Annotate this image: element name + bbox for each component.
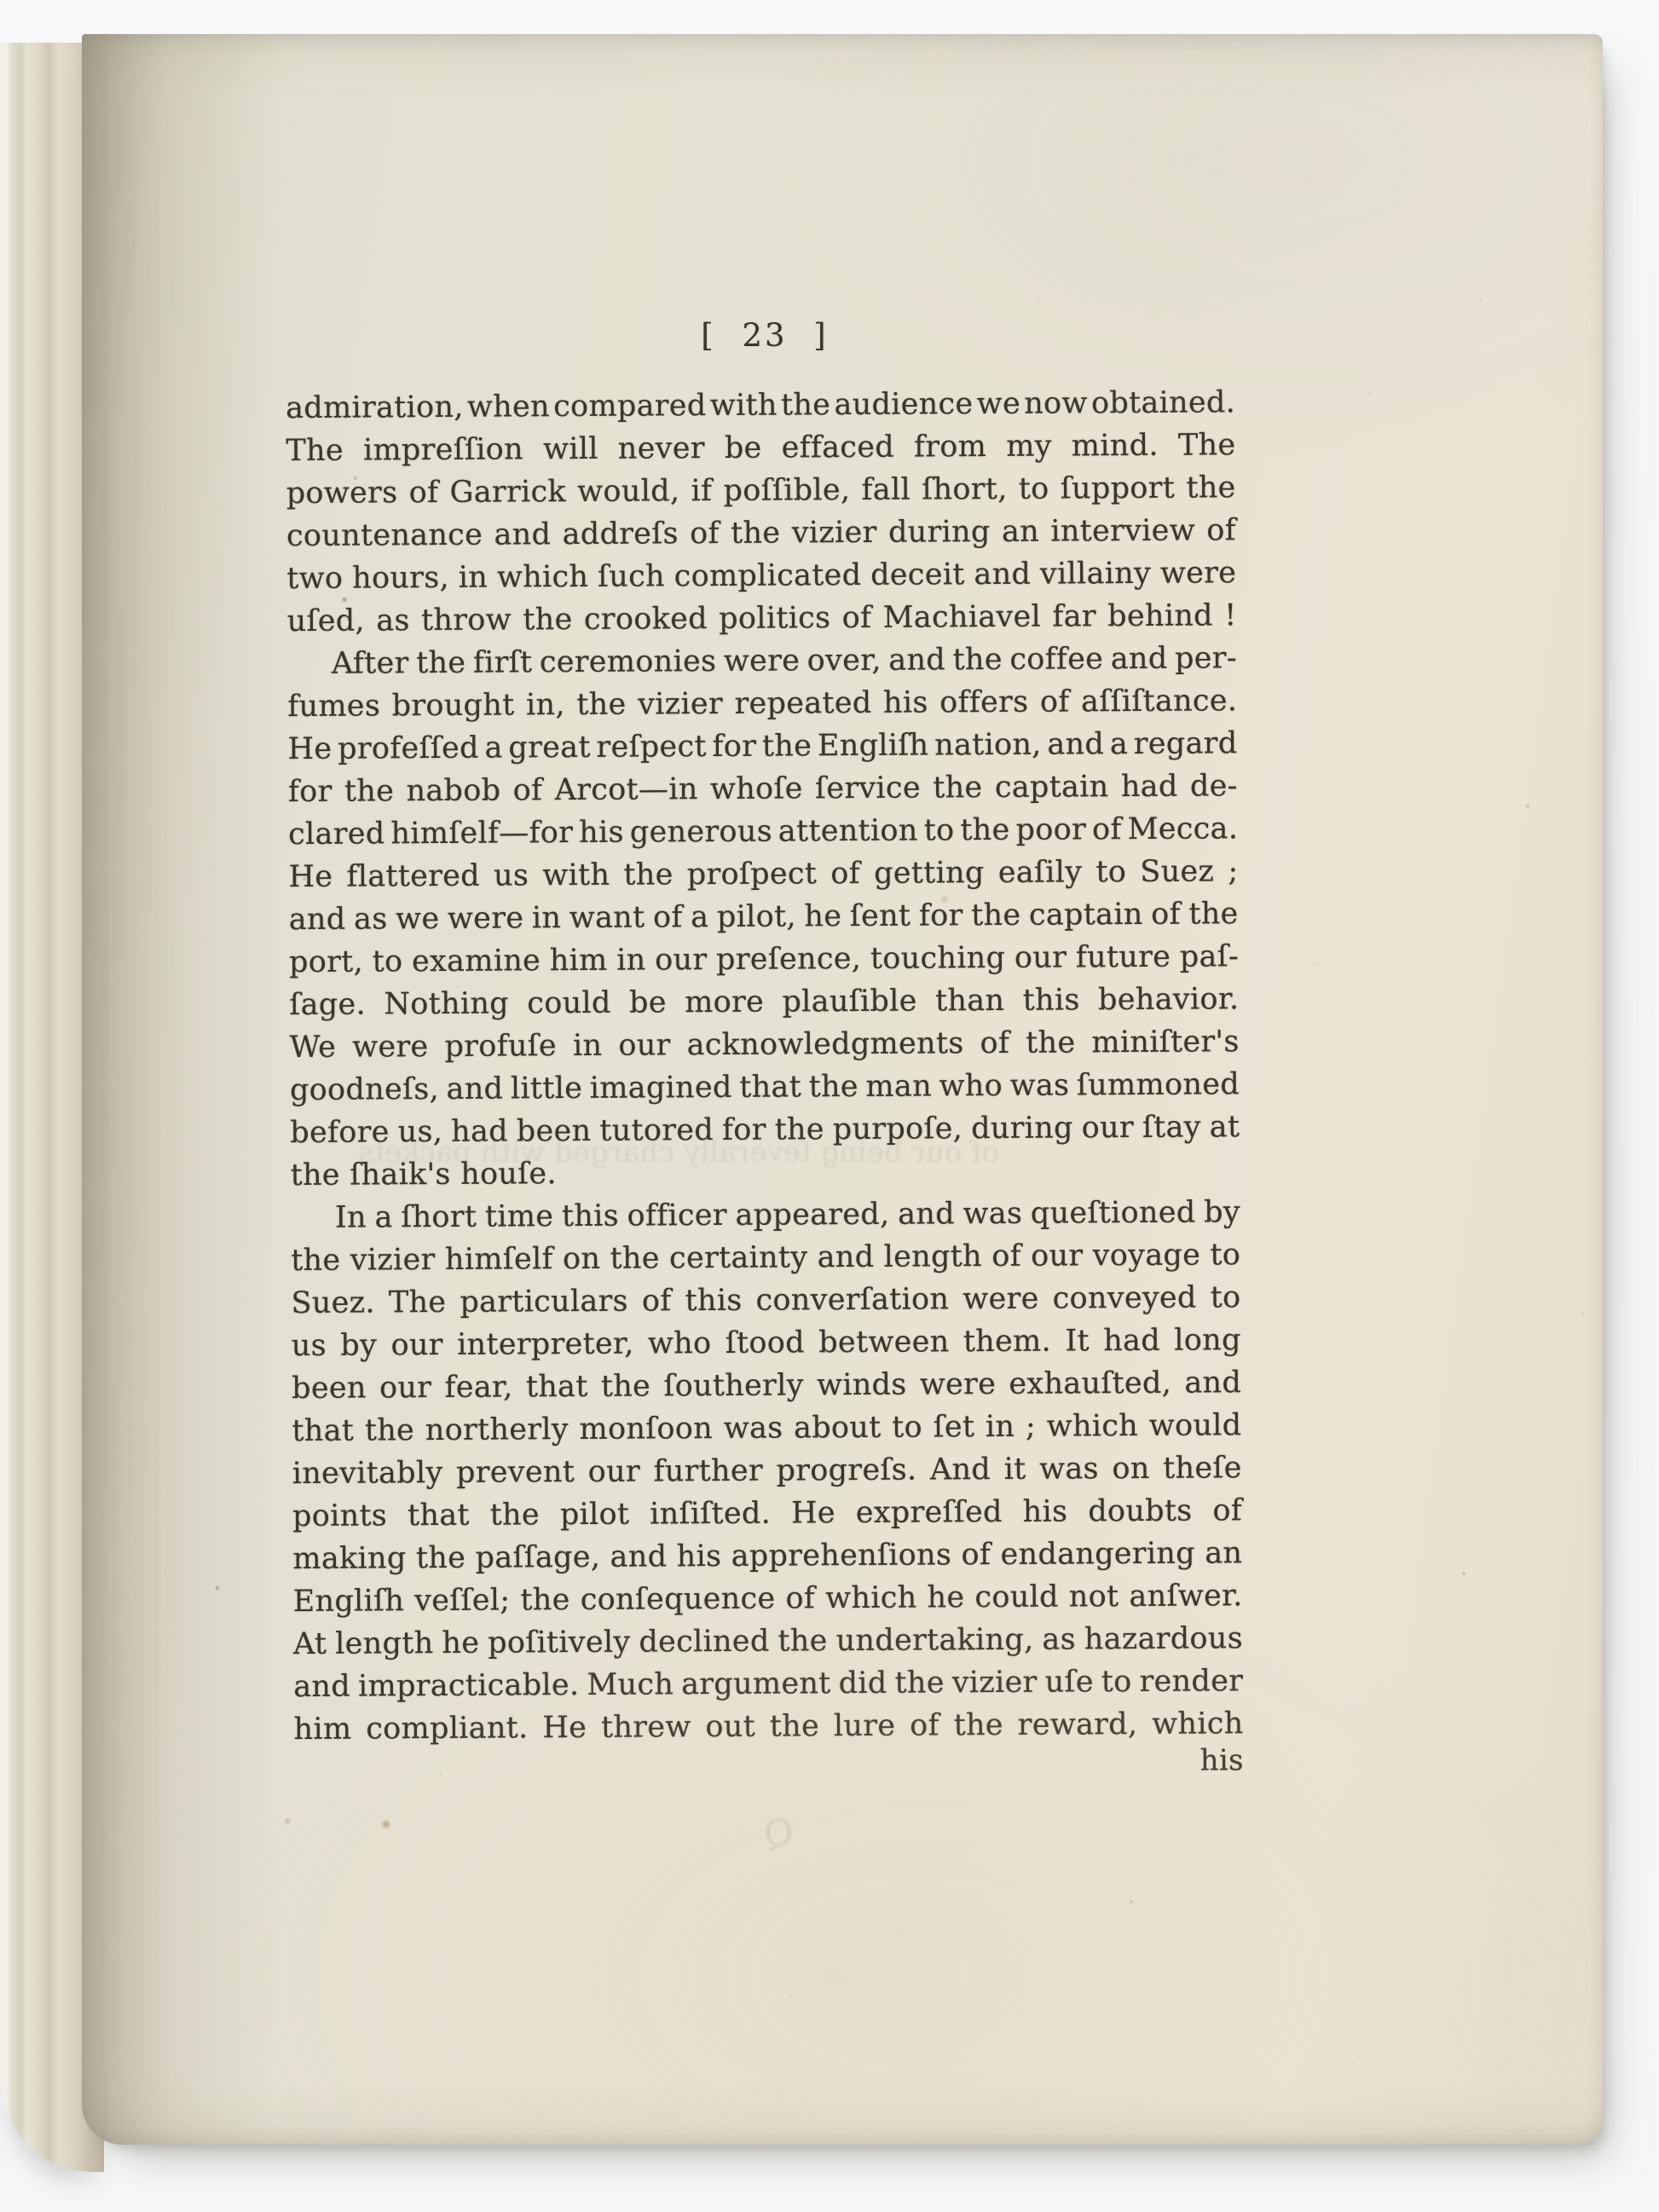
text-line: thatthenortherlymonſoonwasabouttoſetin;w… bbox=[292, 1404, 1241, 1453]
catchword: his bbox=[294, 1743, 1244, 1788]
text-line: forthenabobofArcot—inwhoſeſervicethecapt… bbox=[288, 765, 1238, 813]
text-line: claredhimſelf—forhisgenerousattentiontot… bbox=[288, 807, 1238, 856]
binding-gutter-shadow bbox=[82, 34, 278, 2145]
text-line: ſage.Nothingcouldbemoreplauſiblethanthis… bbox=[289, 978, 1239, 1026]
text-line: beforeus,hadbeentutoredforthepurpoſe,dur… bbox=[290, 1106, 1240, 1154]
text-line: himcompliant.Hethrewoutthelureoftherewar… bbox=[293, 1702, 1243, 1751]
text-line: admiration,whencomparedwiththeaudiencewe… bbox=[286, 381, 1235, 430]
text-line: Suez.Theparticularsofthisconverſationwer… bbox=[291, 1276, 1240, 1325]
text-line: makingthepaſſage,andhisapprehenſionsofen… bbox=[292, 1532, 1242, 1580]
text-line: andimpracticable.Muchargumentdidthevizie… bbox=[293, 1660, 1243, 1708]
text-line: Atlengthhepoſitivelydeclinedtheundertaki… bbox=[293, 1617, 1243, 1666]
text-line: beenourfear,thattheſoutherlywindswereexh… bbox=[292, 1361, 1241, 1410]
book-photograph: of our being ſeverally charged with pack… bbox=[0, 0, 1659, 2212]
lines: admiration,whencomparedwiththeaudiencewe… bbox=[286, 381, 1244, 1751]
text-block: admiration,whencomparedwiththeaudiencewe… bbox=[286, 381, 1244, 1788]
text-line: Afterthefirſtceremonieswereover,andtheco… bbox=[287, 637, 1237, 685]
text-line: HeprofeſſedagreatreſpectfortheEngliſhnat… bbox=[287, 722, 1237, 771]
text-line: port,toexaminehiminourpreſence,touchingo… bbox=[289, 935, 1239, 984]
text-line: goodneſs,andlittleimaginedthatthemanwhow… bbox=[290, 1063, 1240, 1112]
text-line: the ſhaik's houſe. bbox=[290, 1148, 1240, 1197]
text-line: pointsthatthepilotinſiſted.Heexpreſſedhi… bbox=[292, 1489, 1242, 1538]
text-line: inevitablypreventourfurtherprogreſs.Andi… bbox=[292, 1447, 1242, 1495]
text-line: Inaſhorttimethisofficerappeared,andwasqu… bbox=[291, 1191, 1240, 1239]
text-line: powersofGarrickwould,ifpoſſible,fallſhor… bbox=[286, 466, 1236, 515]
page-number: [ 23 ] bbox=[290, 317, 1240, 354]
text-line: andaswewereinwantofapilot,heſentfortheca… bbox=[289, 892, 1239, 941]
text-line: fumesbroughtin,thevizierrepeatedhisoffer… bbox=[287, 679, 1237, 728]
text-line: Heflattereduswiththeproſpectofgettingeaſ… bbox=[288, 850, 1238, 898]
foxing-spot bbox=[380, 1819, 392, 1829]
foxing-spot bbox=[215, 1585, 220, 1591]
book-page: of our being ſeverally charged with pack… bbox=[82, 34, 1603, 2145]
text-line: Wewereprofuſeinouracknowledgmentsofthemi… bbox=[290, 1020, 1240, 1069]
text-line: thevizierhimſelfonthecertaintyandlengtho… bbox=[291, 1233, 1240, 1282]
text-line: Theimpreſſionwillneverbeeffacedfrommymin… bbox=[286, 424, 1235, 472]
paper-specks bbox=[82, 34, 84, 36]
text-line: countenanceandaddreſsofthevizierduringan… bbox=[286, 509, 1236, 557]
text-line: usbyourinterpreter,whoſtoodbetweenthem.I… bbox=[292, 1319, 1241, 1367]
foxing-spot bbox=[283, 1817, 292, 1825]
text-line: twohours,inwhichſuchcomplicateddeceitand… bbox=[286, 552, 1236, 600]
text-line: uſed,asthrowthecrookedpoliticsofMachiave… bbox=[287, 594, 1237, 643]
show-through-mark: Q bbox=[764, 1812, 793, 1854]
text-line: Engliſhveſſel;theconſequenceofwhichhecou… bbox=[293, 1574, 1243, 1623]
